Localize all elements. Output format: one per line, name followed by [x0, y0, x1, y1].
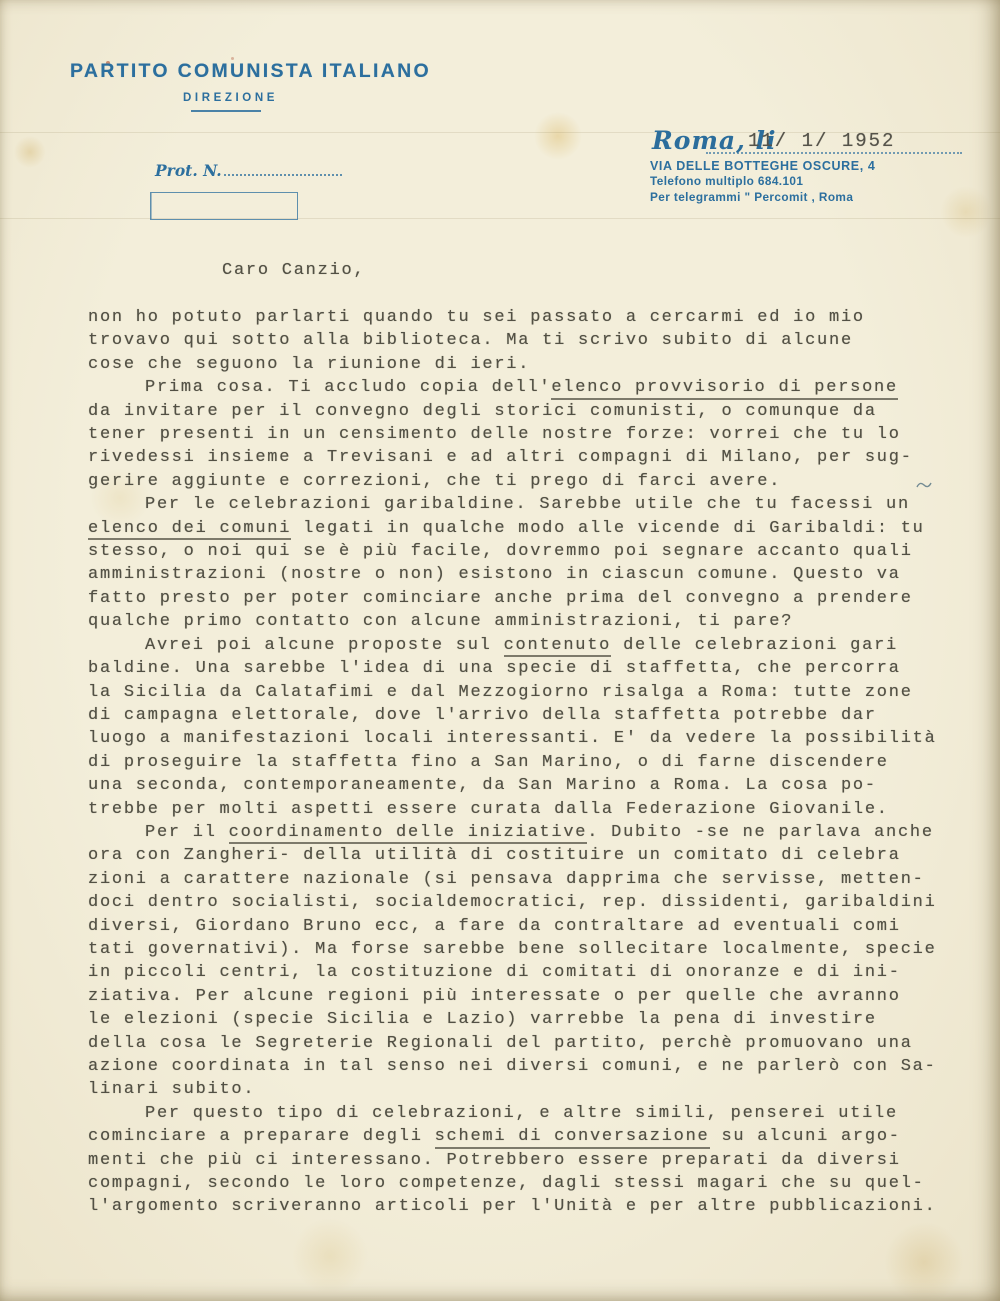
- letterhead-address-block: VIA DELLE BOTTEGHE OSCURE, 4 Telefono mu…: [650, 158, 875, 205]
- line-segment: Per il: [145, 823, 229, 842]
- line-segment: in piccoli centri, la costituzione di co…: [88, 963, 901, 982]
- line-segment: da invitare per il convegno degli storic…: [88, 402, 877, 421]
- pen-mark-icon: [915, 478, 933, 492]
- line-segment: delle celebrazioni gari: [611, 636, 898, 655]
- line-segment: rivedessi insieme a Trevisani e ad altri…: [88, 448, 913, 467]
- protocol-number-row: Prot. N.: [155, 161, 342, 181]
- line-segment: ziativa. Per alcune regioni più interess…: [88, 987, 901, 1006]
- paragraph: non ho potuto parlarti quando tu sei pas…: [88, 306, 960, 376]
- line-segment: luogo a manifestazioni locali interessan…: [88, 729, 937, 748]
- line-segment: tener presenti in un censimento delle no…: [88, 425, 901, 444]
- line-segment: Per le celebrazioni garibaldine. Sarebbe…: [145, 495, 910, 514]
- paragraph: Avrei poi alcune proposte sul contenuto …: [88, 634, 960, 821]
- salutation: Caro Canzio,: [222, 261, 365, 280]
- line-segment: una seconda, contemporaneamente, da San …: [88, 776, 877, 795]
- line-segment: compagni, secondo le loro competenze, da…: [88, 1174, 925, 1193]
- letter-page: PARTITO COMUNISTA ITALIANO DIREZIONE Pro…: [0, 0, 1000, 1301]
- underlined-phrase: elenco dei comuni: [88, 519, 291, 541]
- line-segment: di proseguire la staffetta fino a San Ma…: [88, 753, 889, 772]
- telegram-line: Per telegrammi " Percomit , Roma: [650, 190, 875, 206]
- department-underline: [191, 110, 261, 112]
- line-segment: le elezioni (specie Sicilia e Lazio) var…: [88, 1010, 877, 1029]
- line-segment: qualche primo contatto con alcune ammini…: [88, 612, 793, 631]
- line-segment: zioni a carattere nazionale (si pensava …: [88, 870, 925, 889]
- letterhead-party-name: PARTITO COMUNISTA ITALIANO: [70, 60, 431, 83]
- line-segment: baldine. Una sarebbe l'idea di una speci…: [88, 659, 901, 678]
- underlined-phrase: contenuto: [504, 636, 612, 658]
- line-segment: stesso, o noi qui se è più facile, dovre…: [88, 542, 913, 561]
- line-segment: su alcuni argo-: [710, 1127, 901, 1146]
- line-segment: gerire aggiunte e correzioni, che ti pre…: [88, 472, 781, 491]
- line-segment: amministrazioni (nostre o non) esistono …: [88, 565, 901, 584]
- line-segment: Per questo tipo di celebrazioni, e altre…: [145, 1104, 898, 1123]
- line-segment: cominciare a preparare degli: [88, 1127, 435, 1146]
- protocol-stamp-box: [150, 192, 298, 220]
- line-segment: non ho potuto parlarti quando tu sei pas…: [88, 308, 865, 327]
- line-segment: cose che seguono la riunione di ieri.: [88, 355, 530, 374]
- line-segment: l'argomento scriveranno articoli per l'U…: [88, 1197, 937, 1216]
- underlined-phrase: coordinamento delle iniziative: [229, 823, 588, 845]
- line-segment: menti che più ci interessano. Potrebbero…: [88, 1151, 901, 1170]
- line-segment: Avrei poi alcune proposte sul: [145, 636, 504, 655]
- underlined-phrase: elenco provvisorio di persone: [551, 378, 898, 400]
- line-segment: fatto presto per poter cominciare anche …: [88, 589, 913, 608]
- line-segment: della cosa le Segreterie Regionali del p…: [88, 1034, 913, 1053]
- paragraph: Per questo tipo di celebrazioni, e altre…: [88, 1102, 960, 1219]
- line-segment: linari subito.: [88, 1080, 255, 1099]
- protocol-dotted-leader: [224, 162, 342, 176]
- line-segment: trebbe per molti aspetti essere curata d…: [88, 800, 889, 819]
- line-segment: legati in qualche modo alle vicende di G…: [291, 519, 924, 538]
- line-segment: diversi, Giordano Bruno ecc, a fare da c…: [88, 917, 901, 936]
- paragraph: Prima cosa. Ti accludo copia dell'elenco…: [88, 376, 960, 493]
- line-segment: doci dentro socialisti, socialdemocratic…: [88, 893, 937, 912]
- street-address: VIA DELLE BOTTEGHE OSCURE, 4: [650, 158, 875, 174]
- line-segment: azione coordinata in tal senso nei diver…: [88, 1057, 937, 1076]
- protocol-label: Prot. N.: [155, 161, 222, 180]
- line-segment: di campagna elettorale, dove l'arrivo de…: [88, 706, 877, 725]
- paragraph: Per il coordinamento delle iniziative. D…: [88, 821, 960, 1102]
- typed-date: 11/ 1/ 1952: [748, 130, 895, 152]
- line-segment: la Sicilia da Calatafimi e dal Mezzogior…: [88, 683, 913, 702]
- line-segment: tati governativi). Ma forse sarebbe bene…: [88, 940, 937, 959]
- letterhead-department: DIREZIONE: [183, 92, 278, 104]
- line-segment: trovavo qui sotto alla biblioteca. Ma ti…: [88, 331, 853, 350]
- letter-body: non ho potuto parlarti quando tu sei pas…: [88, 306, 960, 1219]
- underlined-phrase: schemi di conversazione: [435, 1127, 710, 1149]
- line-segment: Prima cosa. Ti accludo copia dell': [145, 378, 551, 397]
- line-segment: ora con Zangheri- della utilità di costi…: [88, 846, 901, 865]
- phone-line: Telefono multiplo 684.101: [650, 174, 875, 190]
- paragraph: Per le celebrazioni garibaldine. Sarebbe…: [88, 493, 960, 633]
- line-segment: . Dubito -se ne parlava anche: [587, 823, 934, 842]
